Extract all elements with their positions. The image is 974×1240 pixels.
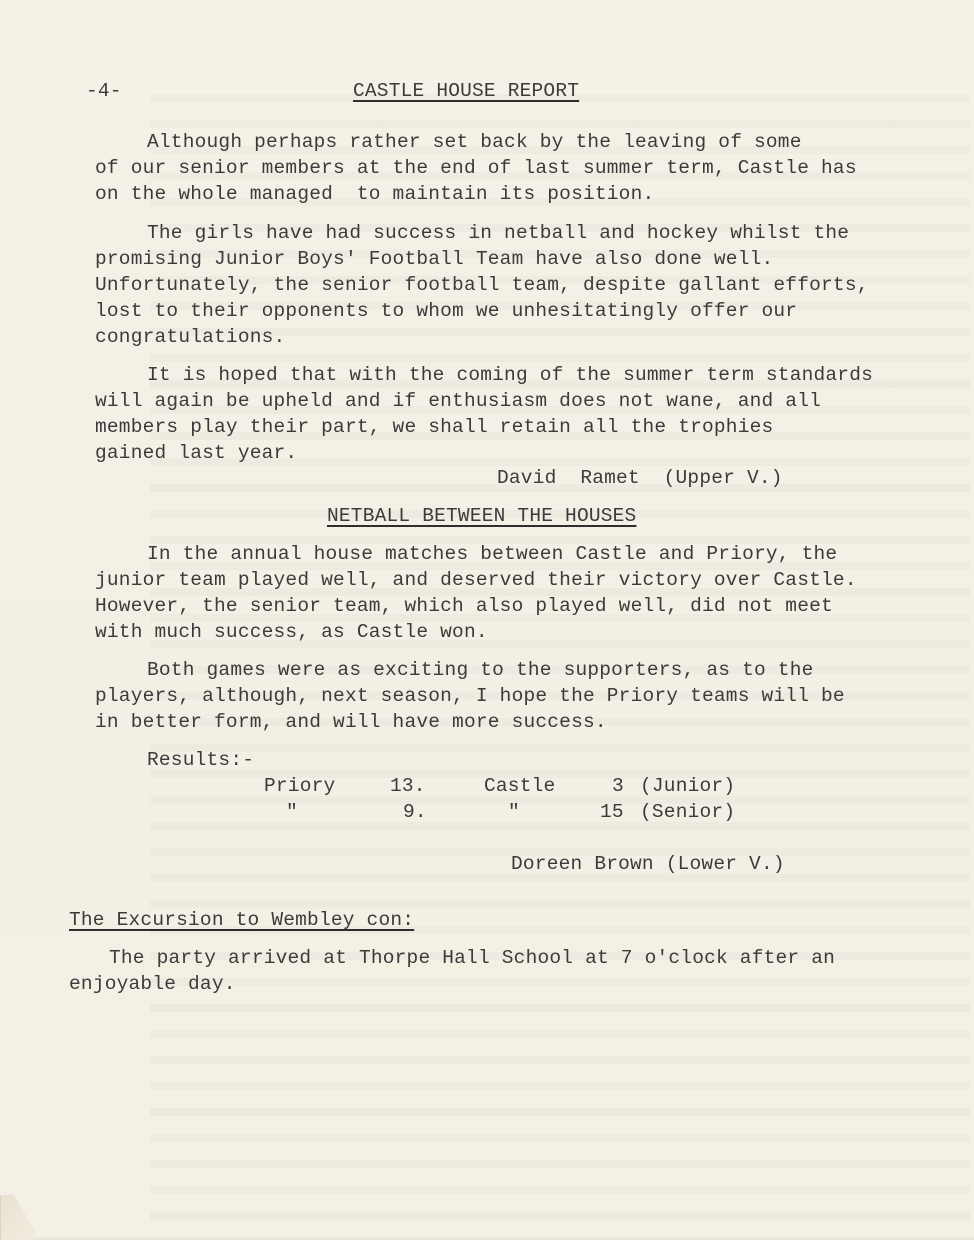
result-score2: 3 (612, 773, 624, 799)
text-line: The girls have had success in netball an… (147, 220, 849, 246)
result-category: (Senior) (640, 799, 735, 825)
text-line: It is hoped that with the coming of the … (147, 362, 873, 388)
text-line: players, although, next season, I hope t… (95, 683, 845, 709)
castle-report-title: CASTLE HOUSE REPORT (353, 78, 579, 104)
text-line: In the annual house matches between Cast… (147, 541, 837, 567)
text-line: enjoyable day. (69, 971, 236, 997)
text-line: The party arrived at Thorpe Hall School … (109, 945, 835, 971)
result-score1: 13. (390, 773, 426, 799)
text-line: junior team played well, and deserved th… (95, 567, 857, 593)
result-score2: 15 (600, 799, 624, 825)
text-line: of our senior members at the end of last… (95, 155, 857, 181)
text-line: on the whole managed to maintain its pos… (95, 181, 654, 207)
text-line: promising Junior Boys' Football Team hav… (95, 246, 773, 272)
document-page: -4- CASTLE HOUSE REPORT Although perhaps… (0, 0, 974, 1240)
result-score1: 9. (403, 799, 427, 825)
text-line: lost to their opponents to whom we unhes… (95, 298, 797, 324)
results-label: Results:- (147, 747, 254, 773)
result-team1: Priory (264, 773, 335, 799)
text-line: Unfortunately, the senior football team,… (95, 272, 869, 298)
text-line: However, the senior team, which also pla… (95, 593, 833, 619)
text-line: congratulations. (95, 324, 285, 350)
result-team2: Castle (484, 773, 555, 799)
text-line: in better form, and will have more succe… (95, 709, 607, 735)
result-team2: " (508, 799, 520, 825)
result-category: (Junior) (640, 773, 735, 799)
netball-author: Doreen Brown (Lower V.) (511, 851, 785, 877)
page-number: -4- (86, 78, 122, 104)
text-line: members play their part, we shall retain… (95, 414, 773, 440)
text-line: Both games were as exciting to the suppo… (147, 657, 814, 683)
text-line: will again be upheld and if enthusiasm d… (95, 388, 821, 414)
result-team1: " (286, 799, 298, 825)
folded-page-corner (0, 1195, 35, 1240)
netball-title: NETBALL BETWEEN THE HOUSES (327, 503, 636, 529)
text-line: gained last year. (95, 440, 297, 466)
excursion-title: The Excursion to Wembley con: (69, 907, 414, 933)
text-line: Although perhaps rather set back by the … (147, 129, 802, 155)
text-line: with much success, as Castle won. (95, 619, 488, 645)
castle-report-author: David Ramet (Upper V.) (497, 465, 783, 491)
